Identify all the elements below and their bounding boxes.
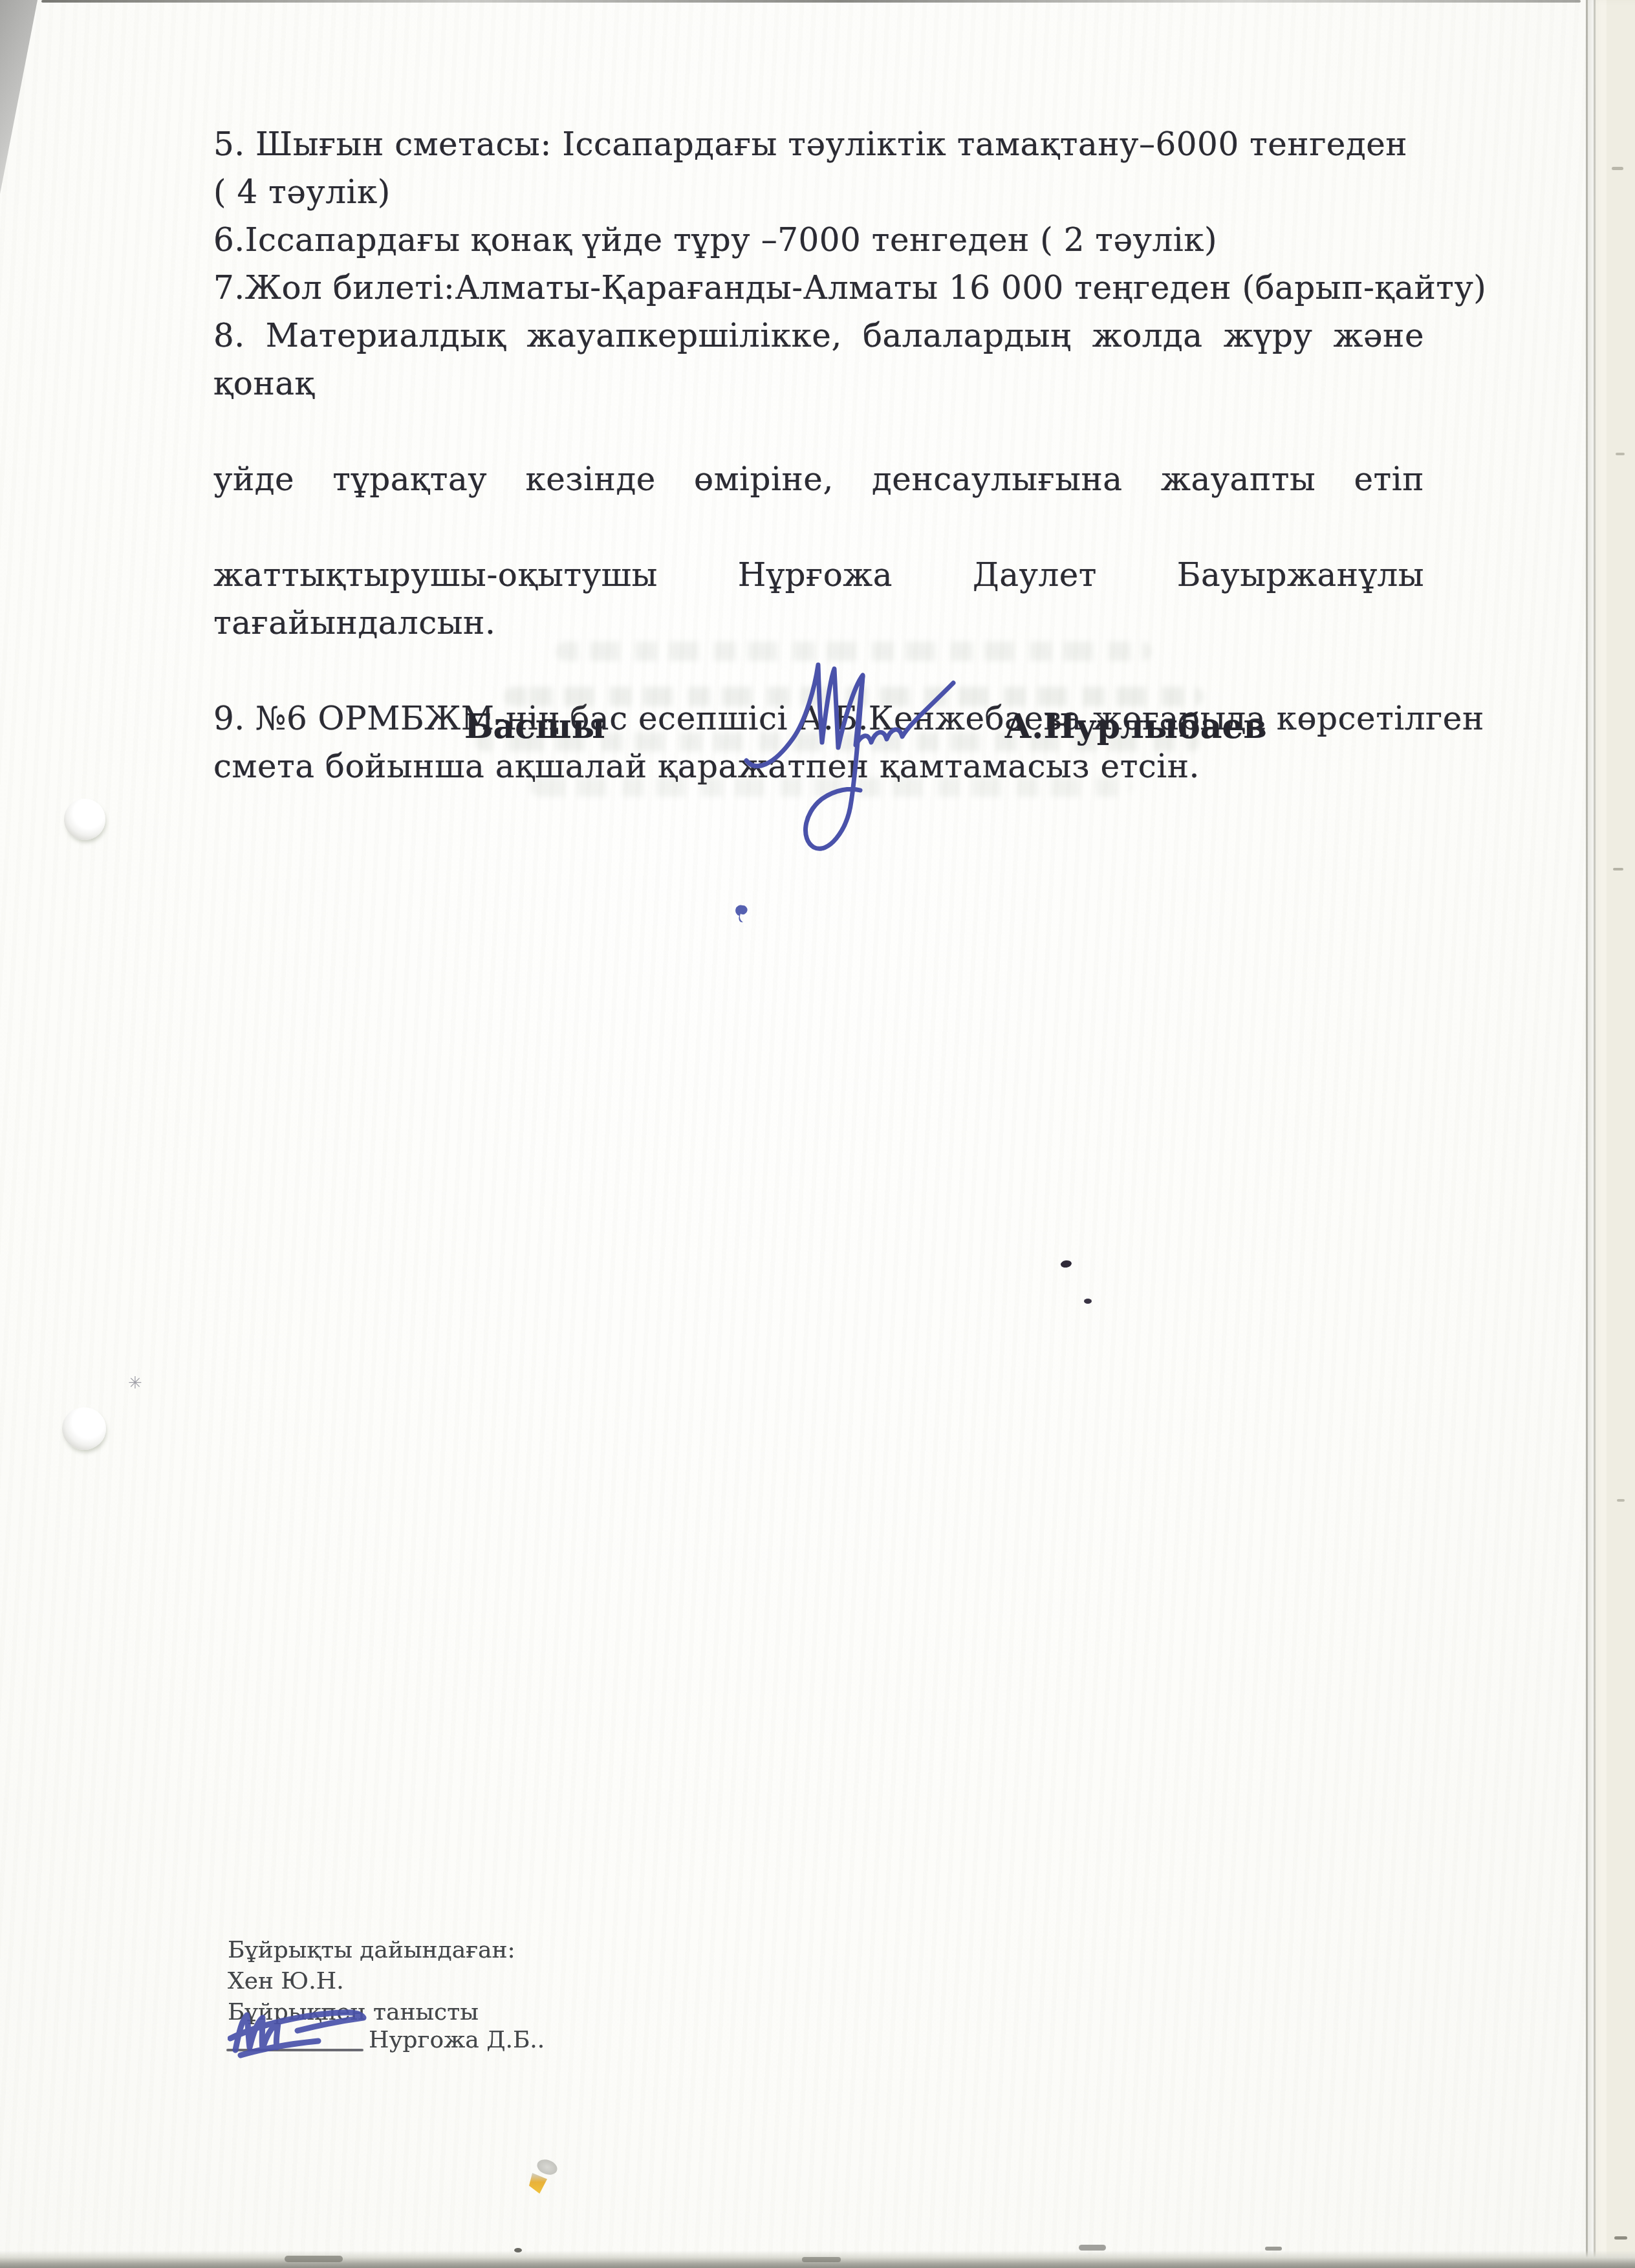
director-signature-ink [731,647,977,880]
paper-fiber-mark [1612,167,1623,170]
acknowledgement-signature-ink [228,2005,383,2063]
stray-mark-star: ✳ [128,1374,142,1393]
prepared-by-label: Бұйрықты дайындаған: [228,1937,515,1963]
paper-fiber-mark [1614,2236,1627,2240]
acknowledged-name: Нургожа Д.Б.. [369,2027,545,2053]
edge-smudge [802,2257,841,2262]
signature-stroke-main [746,665,953,766]
paper-stack-right-edge [1586,0,1635,2268]
ink-speck [1265,2247,1282,2251]
hole-punch-bottom [62,1407,106,1450]
item-8-line-1: 8. Материалдық жауапкершілікке, балалард… [213,312,1424,455]
paper-fiber-mark [1617,1499,1625,1502]
hole-punch-top [64,799,105,840]
signer-name: А.Нурлыбаев [1004,707,1267,746]
paper-fiber-mark [1613,868,1623,870]
edge-smudge [285,2256,343,2262]
scanned-document-page: 5. Шығын сметасы: Іссапардағы тәуліктік … [0,0,1635,2268]
item-8-line-2: уйде тұрақтау кезінде өміріне, денсаулығ… [213,455,1424,551]
item-7: 7.Жол билеті:Алматы-Қарағанды-Алматы 16 … [213,264,1424,312]
ink-speck [514,2248,522,2252]
stain-gray [535,2157,559,2177]
item-6: 6.Іссапардағы қонақ үйде тұру –7000 тенг… [213,216,1424,264]
ink-speck [1079,2245,1106,2251]
paper-fiber-mark [1616,453,1625,455]
ink-blot [735,904,752,925]
item-5-line-1: 5. Шығын сметасы: Іссапардағы тәуліктік … [213,120,1424,168]
scan-corner-shadow [0,0,40,194]
ink-blot-shape [735,905,747,923]
prepared-by-name: Хен Ю.Н. [228,1968,344,1994]
item-5-line-2: ( 4 тәулік) [213,168,1424,216]
ink-speck [1084,1299,1092,1304]
signer-role-label: Басшы [464,707,605,746]
ink-speck [1060,1260,1072,1268]
scan-top-edge [41,0,1581,3]
stain-yellow [529,2173,547,2194]
